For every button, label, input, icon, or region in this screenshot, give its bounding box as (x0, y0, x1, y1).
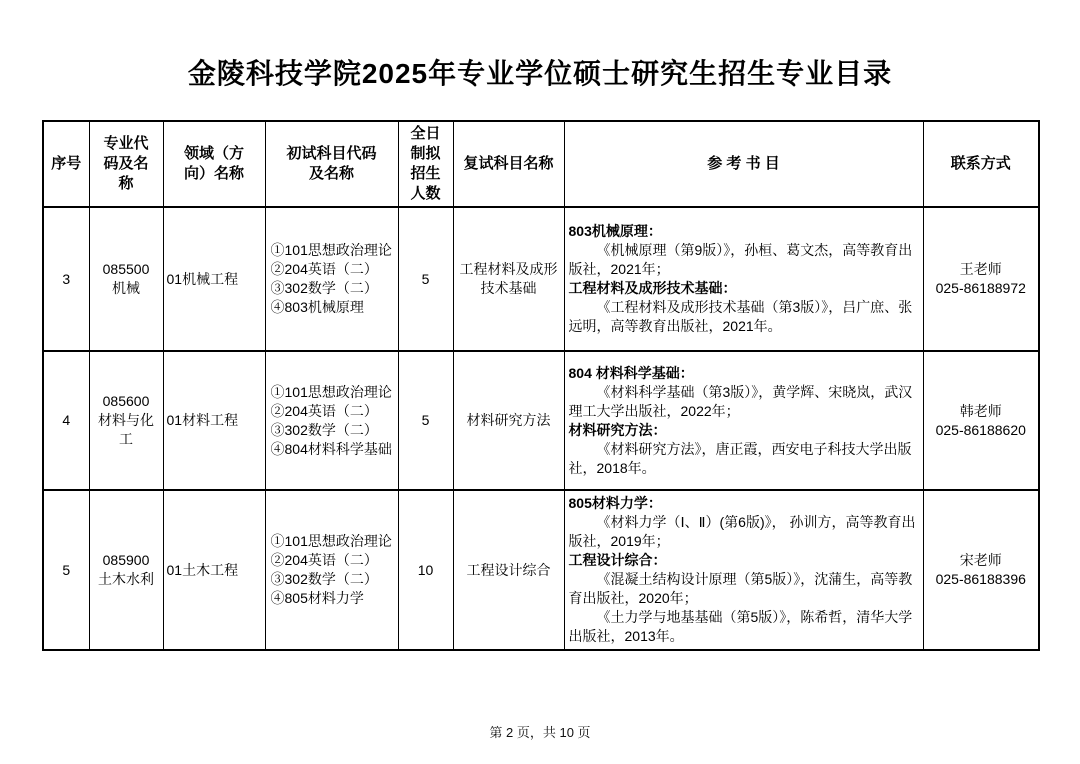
document-title: 金陵科技学院2025年专业学位硕士研究生招生专业目录 (0, 52, 1080, 92)
cell-major-code-name: 085900 土木水利 (89, 490, 163, 650)
list-line: ③302数学（二） (271, 421, 396, 440)
list-line: ④804材料科学基础 (271, 440, 396, 459)
list-line: 《工程材料及成形技术基础（第3版）》，吕广庶、张远明，高等教育出版社，2021年… (569, 298, 919, 336)
cell-references: 803机械原理：《机械原理（第9版）》，孙桓、葛文杰，高等教育出版社，2021年… (564, 207, 923, 351)
cell-initial-subjects: ①101思想政治理论②204英语（二）③302数学（二）④805材料力学 (265, 490, 398, 650)
table-header-row: 序号 专业代 码及名 称 领域（方 向）名称 初试科目代码 及名称 全日 制拟 … (43, 121, 1039, 207)
admission-catalog-table: 序号 专业代 码及名 称 领域（方 向）名称 初试科目代码 及名称 全日 制拟 … (42, 120, 1040, 651)
table-row: 5 085900 土木水利 01土木工程 ①101思想政治理论②204英语（二）… (43, 490, 1039, 650)
list-line: ④805材料力学 (271, 589, 396, 608)
major-name: 机械 (93, 279, 160, 298)
cell-initial-subjects: ①101思想政治理论②204英语（二）③302数学（二）④804材料科学基础 (265, 351, 398, 490)
header-enrollment: 全日 制拟 招生 人数 (398, 121, 453, 207)
list-line: 804 材料科学基础： (569, 364, 919, 383)
list-line: ②204英语（二） (271, 551, 396, 570)
cell-contact: 韩老师 025-86188620 (923, 351, 1039, 490)
contact-phone: 025-86188396 (927, 570, 1036, 589)
cell-enrollment: 5 (398, 207, 453, 351)
cell-retest-subject: 工程材料及成形技术基础 (453, 207, 564, 351)
major-name: 材料与化工 (93, 411, 160, 449)
cell-major-code-name: 085600 材料与化工 (89, 351, 163, 490)
list-line: 《土力学与地基基础（第5版）》，陈希哲，清华大学出版社，2013年。 (569, 608, 919, 646)
header-major-code-name: 专业代 码及名 称 (89, 121, 163, 207)
cell-references: 804 材料科学基础：《材料科学基础（第3版）》，黄学辉、宋晓岚，武汉理工大学出… (564, 351, 923, 490)
list-line: ③302数学（二） (271, 570, 396, 589)
major-code: 085600 (93, 392, 160, 411)
list-line: ①101思想政治理论 (271, 383, 396, 402)
list-line: 《混凝土结构设计原理（第5版）》，沈蒲生，高等教育出版社，2020年； (569, 570, 919, 608)
cell-seq: 4 (43, 351, 89, 490)
contact-phone: 025-86188972 (927, 279, 1036, 298)
header-references: 参 考 书 目 (564, 121, 923, 207)
contact-phone: 025-86188620 (927, 421, 1036, 440)
cell-retest-subject: 工程设计综合 (453, 490, 564, 650)
list-line: ②204英语（二） (271, 402, 396, 421)
cell-references: 805材料力学：《材料力学（Ⅰ、Ⅱ）(第6版)》， 孙训方，高等教育出版社，20… (564, 490, 923, 650)
contact-name: 王老师 (927, 260, 1036, 279)
list-line: ①101思想政治理论 (271, 241, 396, 260)
major-code: 085500 (93, 260, 160, 279)
cell-retest-subject: 材料研究方法 (453, 351, 564, 490)
header-initial-subjects: 初试科目代码 及名称 (265, 121, 398, 207)
header-seq: 序号 (43, 121, 89, 207)
list-line: 《材料科学基础（第3版）》，黄学辉、宋晓岚，武汉理工大学出版社，2022年； (569, 383, 919, 421)
cell-field: 01土木工程 (163, 490, 265, 650)
header-field-name: 领域（方 向）名称 (163, 121, 265, 207)
cell-enrollment: 10 (398, 490, 453, 650)
list-line: ③302数学（二） (271, 279, 396, 298)
cell-field: 01机械工程 (163, 207, 265, 351)
table-row: 3 085500 机械 01机械工程 ①101思想政治理论②204英语（二）③3… (43, 207, 1039, 351)
cell-initial-subjects: ①101思想政治理论②204英语（二）③302数学（二）④803机械原理 (265, 207, 398, 351)
cell-field: 01材料工程 (163, 351, 265, 490)
list-line: 《机械原理（第9版）》，孙桓、葛文杰，高等教育出版社，2021年； (569, 241, 919, 279)
contact-name: 韩老师 (927, 402, 1036, 421)
document-page: 金陵科技学院2025年专业学位硕士研究生招生专业目录 序号 专业代 码及名 称 … (0, 0, 1080, 764)
cell-contact: 王老师 025-86188972 (923, 207, 1039, 351)
major-name: 土木水利 (93, 570, 160, 589)
contact-name: 宋老师 (927, 551, 1036, 570)
list-line: 805材料力学： (569, 494, 919, 513)
cell-enrollment: 5 (398, 351, 453, 490)
page-number-footer: 第 2 页，共 10 页 (0, 722, 1080, 741)
cell-contact: 宋老师 025-86188396 (923, 490, 1039, 650)
table-row: 4 085600 材料与化工 01材料工程 ①101思想政治理论②204英语（二… (43, 351, 1039, 490)
list-line: 《材料研究方法》，唐正霞，西安电子科技大学出版社，2018年。 (569, 440, 919, 478)
cell-seq: 3 (43, 207, 89, 351)
header-retest-subject: 复试科目名称 (453, 121, 564, 207)
major-code: 085900 (93, 551, 160, 570)
list-line: ②204英语（二） (271, 260, 396, 279)
list-line: 803机械原理： (569, 222, 919, 241)
cell-seq: 5 (43, 490, 89, 650)
list-line: 工程材料及成形技术基础： (569, 279, 919, 298)
list-line: 工程设计综合： (569, 551, 919, 570)
header-contact: 联系方式 (923, 121, 1039, 207)
list-line: 《材料力学（Ⅰ、Ⅱ）(第6版)》， 孙训方，高等教育出版社，2019年； (569, 513, 919, 551)
list-line: ④803机械原理 (271, 298, 396, 317)
list-line: 材料研究方法： (569, 421, 919, 440)
list-line: ①101思想政治理论 (271, 532, 396, 551)
cell-major-code-name: 085500 机械 (89, 207, 163, 351)
